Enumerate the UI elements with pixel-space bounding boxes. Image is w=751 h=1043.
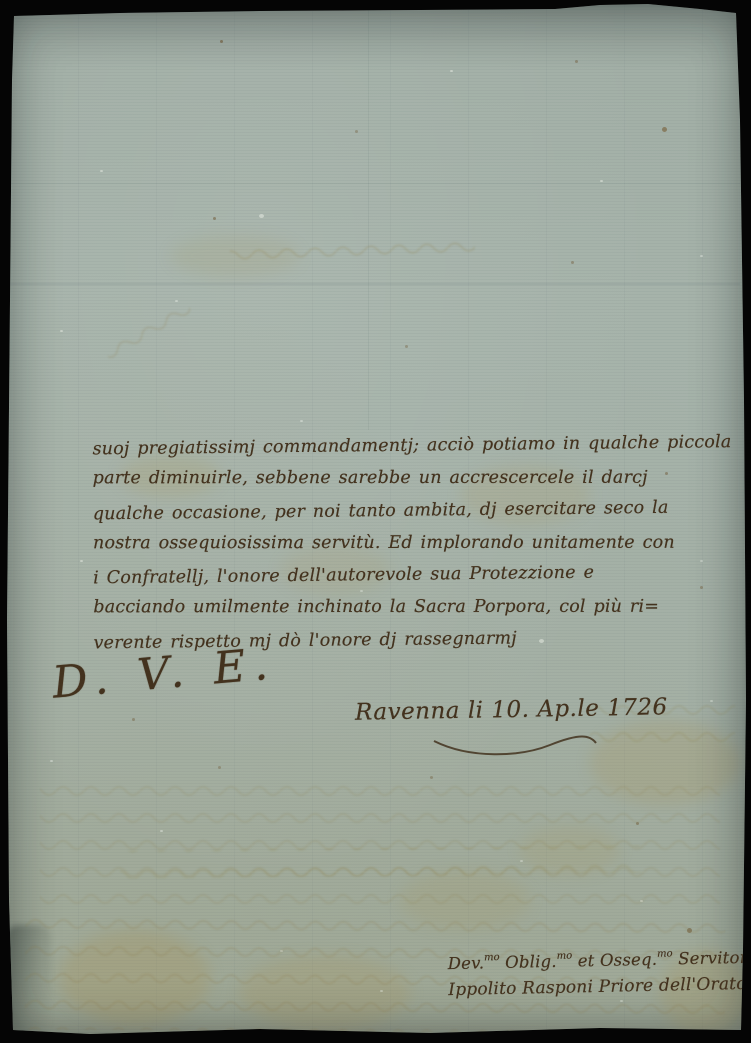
paper-fiber-specks [0,0,3,2]
dateline: Ravenna li 10. Ap.le 1726 [355,694,668,725]
paper-sheet: suoj pregiatissimj commandamentj; acciò … [0,0,751,1043]
body-line-1: suoj pregiatissimj commandamentj; acciò … [92,427,677,466]
signature-block: Dev.mo Oblig.mo et Osseq.mo Servitore Ip… [448,947,747,1000]
body-line-5: i Confratellj, l'onore dell'autorevole s… [93,556,678,595]
body-line-2: parte diminuirle, sebbene sarebbe un acc… [93,462,678,495]
dateline-flourish [430,733,600,759]
sig-superscript: mo [484,952,500,963]
sig-part: Oblig. [499,952,556,972]
scanned-letter-page: suoj pregiatissimj commandamentj; acciò … [0,0,751,1043]
body-line-3: qualche occasione, per noi tanto ambita,… [93,491,678,530]
body-line-6: bacciando umilmente inchinato la Sacra P… [93,591,678,624]
letter-body: suoj pregiatissimj commandamentj; acciò … [92,428,678,657]
sig-superscript: mo [657,948,673,959]
sig-part: et Osseq. [572,950,657,971]
sig-part: Servitore [672,948,751,969]
foxing-spots [0,0,3,3]
sig-part: Dev. [448,953,485,973]
sig-superscript: mo [557,951,573,962]
body-line-4: nostra ossequiosissima servitù. Ed implo… [93,527,678,560]
